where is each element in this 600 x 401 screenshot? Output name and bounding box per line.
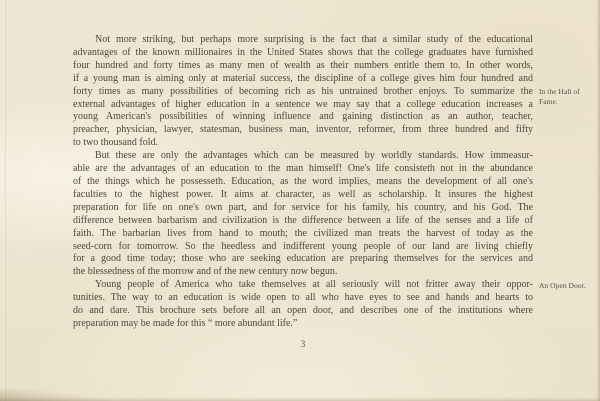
text-line: of the things which he possesseth. Educa… [73,176,533,189]
paragraph: Not more striking, but perhaps more surp… [73,34,533,150]
text-line: if a young man is aiming only at materia… [73,73,533,86]
right-page-edge [596,0,600,401]
scanned-book-page: Not more striking, but perhaps more surp… [0,0,600,401]
text-line: Not more striking, but perhaps more surp… [73,34,533,47]
text-line: able are the advantages of an education … [73,163,533,176]
text-line: preacher, physician, lawyer, statesman, … [73,124,533,137]
text-line: Young people of America who take themsel… [73,279,533,292]
text-line: faculties to the highest power. It aims … [73,189,533,202]
text-line: four hundred and forty times as many men… [73,60,533,73]
text-line: seed-corn for tomorrow. So the heedless … [73,241,533,254]
text-line: preparation may be made for this “ more … [73,318,533,331]
text-line: difference between barbarism and civiliz… [73,215,533,228]
text-line: the blessedness of the morrow and of the… [73,266,533,279]
text-line: tunities. The way to an education is wid… [73,292,533,305]
text-line: advantages of the known millionaires in … [73,47,533,60]
text-line: to two thousand fold. [73,137,533,150]
margin-note-hall-of-fame: In the Hall of Fame. [539,87,591,106]
text-line: young American's possibilities of winnin… [73,111,533,124]
text-line: forty times as many possibilities of bec… [73,86,533,99]
margin-note-open-door: An Open Door. [539,281,591,291]
paragraph: Young people of America who take themsel… [73,279,533,331]
page-number: 3 [73,339,533,349]
left-page-crease [3,0,6,401]
text-line: preparation for life on one's own part, … [73,202,533,215]
text-line: faith. The barbarian lives from hand to … [73,228,533,241]
text-line: external advantages of higher education … [73,99,533,112]
paragraph: But these are only the advantages which … [73,150,533,279]
text-block: Not more striking, but perhaps more surp… [73,34,533,331]
text-line: for a good time today; those who are see… [73,253,533,266]
bottom-page-edge [0,397,600,401]
text-line: But these are only the advantages which … [73,150,533,163]
text-line: do and dare. This brochure sets before a… [73,305,533,318]
